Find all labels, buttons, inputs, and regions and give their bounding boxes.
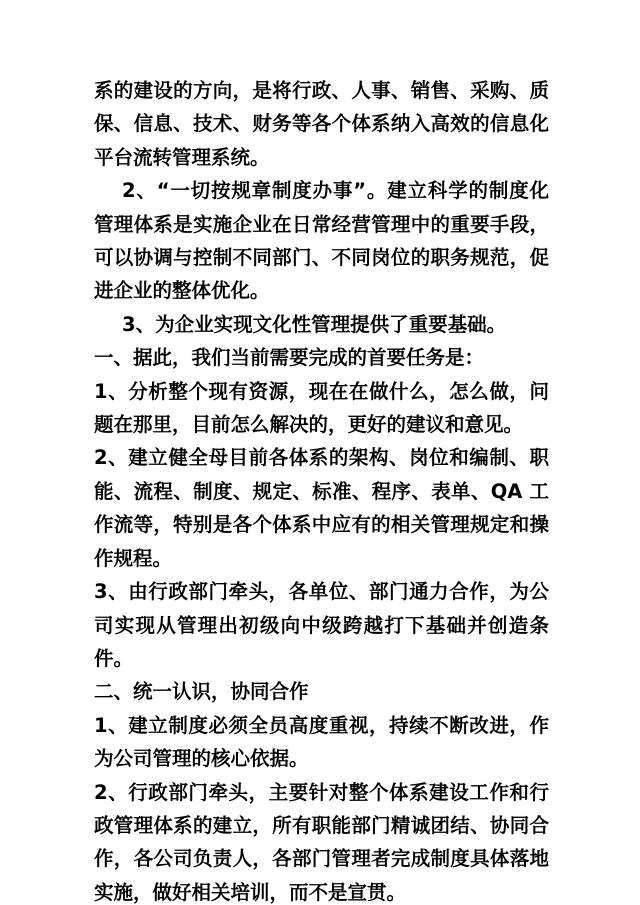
heading-section-2: 二、统一认识，协同合作	[94, 675, 549, 708]
paragraph-item-2: 2、“一切按规章制度办事”。建立科学的制度化管理体系是实施企业在日常经营管理中的…	[94, 174, 549, 308]
paragraph-continuation: 系的建设的方向，是将行政、人事、销售、采购、质保、信息、技术、财务等各个体系纳入…	[94, 74, 549, 174]
document-page: 系的建设的方向，是将行政、人事、销售、采购、质保、信息、技术、财务等各个体系纳入…	[0, 0, 640, 905]
heading-section-1: 一、据此，我们当前需要完成的首要任务是：	[94, 341, 549, 374]
document-body: 系的建设的方向，是将行政、人事、销售、采购、质保、信息、技术、财务等各个体系纳入…	[94, 74, 549, 905]
paragraph-task-2: 2、建立健全母目前各体系的架构、岗位和编制、职能、流程、制度、规定、标准、程序、…	[94, 441, 549, 575]
paragraph-item-3: 3、为企业实现文化性管理提供了重要基础。	[94, 308, 549, 341]
paragraph-task-3: 3、由行政部门牵头，各单位、部门通力合作，为公司实现从管理出初级向中级跨越打下基…	[94, 575, 549, 675]
paragraph-task-1: 1、分析整个现有资源，现在在做什么，怎么做，问题在那里，目前怎么解决的，更好的建…	[94, 375, 549, 442]
paragraph-coop-2: 2、行政部门牵头，主要针对整个体系建设工作和行政管理体系的建立，所有职能部门精诚…	[94, 776, 549, 905]
paragraph-coop-1: 1、建立制度必须全员高度重视，持续不断改进，作为公司管理的核心依据。	[94, 709, 549, 776]
